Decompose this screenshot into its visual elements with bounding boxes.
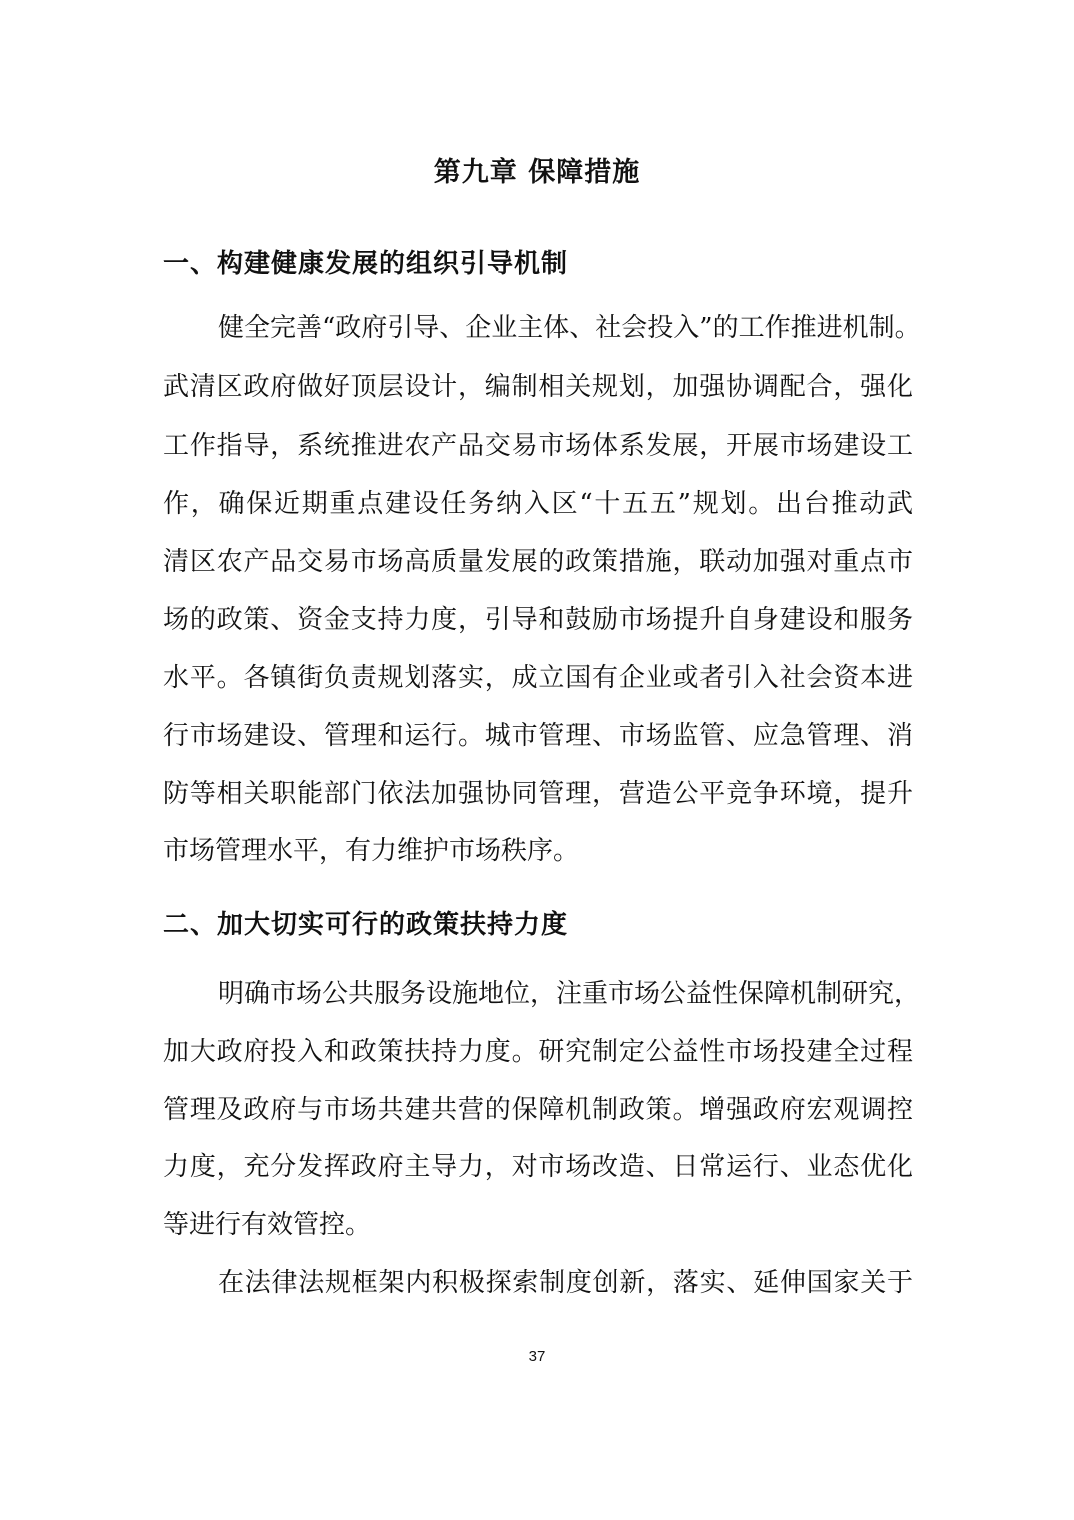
paragraph-line: 行市场建设、管理和运行。城市管理、市场监管、应急管理、消 — [163, 720, 913, 752]
paragraph-line: 管理及政府与市场共建共营的保障机制政策。增强政府宏观调控 — [163, 1094, 913, 1126]
paragraph-line: 健全完善“政府引导、企业主体、社会投入”的工作推进机制。 — [218, 312, 913, 344]
paragraph-line: 场的政策、资金支持力度，引导和鼓励市场提升自身建设和服务 — [163, 604, 913, 636]
paragraph-line: 在法律法规框架内积极探索制度创新，落实、延伸国家关于 — [218, 1267, 913, 1299]
document-page: 第九章 保障措施 一、构建健康发展的组织引导机制 健全完善“政府引导、企业主体、… — [0, 0, 1074, 1520]
page-number: 37 — [0, 1348, 1074, 1365]
paragraph-line: 工作指导，系统推进农产品交易市场体系发展，开展市场建设工 — [163, 430, 913, 462]
section-heading-1: 一、构建健康发展的组织引导机制 — [163, 243, 568, 280]
paragraph-line: 武清区政府做好顶层设计，编制相关规划，加强协调配合，强化 — [163, 371, 913, 403]
paragraph-line: 明确市场公共服务设施地位，注重市场公益性保障机制研究， — [218, 978, 913, 1010]
chapter-title: 第九章 保障措施 — [0, 150, 1074, 189]
paragraph-line: 等进行有效管控。 — [163, 1209, 913, 1241]
paragraph-line: 水平。各镇街负责规划落实，成立国有企业或者引入社会资本进 — [163, 662, 913, 694]
paragraph-line: 市场管理水平，有力维护市场秩序。 — [163, 835, 913, 867]
paragraph-line: 清区农产品交易市场高质量发展的政策措施，联动加强对重点市 — [163, 546, 913, 578]
paragraph-line: 加大政府投入和政策扶持力度。研究制定公益性市场投建全过程 — [163, 1036, 913, 1068]
section-heading-2: 二、加大切实可行的政策扶持力度 — [163, 904, 568, 941]
paragraph-line: 防等相关职能部门依法加强协同管理，营造公平竞争环境，提升 — [163, 778, 913, 810]
paragraph-line: 力度，充分发挥政府主导力，对市场改造、日常运行、业态优化 — [163, 1151, 913, 1183]
paragraph-line: 作，确保近期重点建设任务纳入区“十五五”规划。出台推动武 — [163, 488, 913, 520]
